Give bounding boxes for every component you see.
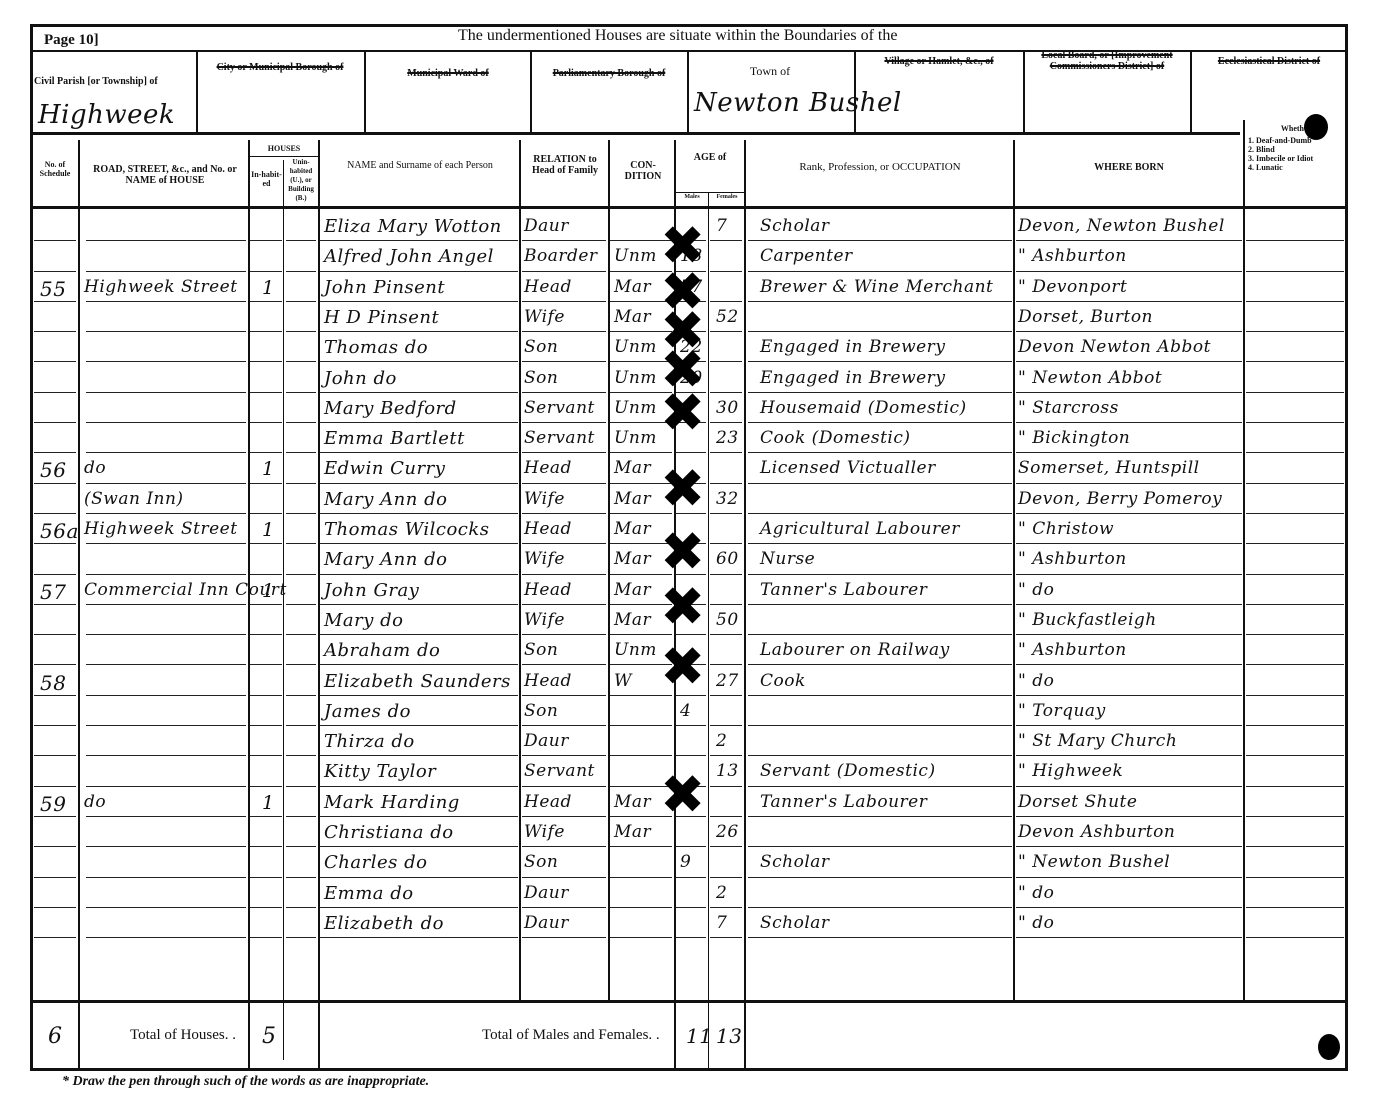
total-houses: 5 [262,1024,277,1049]
person-name: Eliza Mary Wotton [324,216,518,237]
row-rule [86,392,246,393]
row-rule [286,907,316,908]
occupation: Cook [760,671,1012,691]
female-age: 30 [716,398,744,418]
row-rule [522,695,606,696]
row-rule [320,271,518,272]
row-rule [522,574,606,575]
row-rule [522,422,606,423]
row-rule [34,392,76,393]
row-rule [34,543,76,544]
row-rule [1016,816,1242,817]
table-row: Elizabeth do Daur 7 Scholar " do [0,911,1399,941]
relation: Daur [524,731,608,751]
row-rule [710,786,742,787]
row-rule [1246,452,1344,453]
row-rule [320,361,518,362]
row-rule [710,725,742,726]
row-rule [86,604,246,605]
occupation: Brewer & Wine Merchant [760,277,1012,297]
row-rule [1246,483,1344,484]
row-rule [1246,695,1344,696]
row-rule [522,361,606,362]
row-rule [522,452,606,453]
row-rule [34,422,76,423]
relation: Head [524,792,608,812]
row-rule [86,513,246,514]
schedule-number: 59 [40,792,76,816]
row-rule [748,846,1012,847]
row-rule [610,937,672,938]
row-rule [86,755,246,756]
boundary-local-board-label: Local Board, or [Improvement Commissione… [1026,50,1188,72]
row-rule [748,271,1012,272]
page-number-value: 10] [79,32,99,48]
total-females: 13 [716,1024,742,1048]
row-rule [250,695,282,696]
occupation: Engaged in Brewery [760,337,1012,357]
boundary-municipal-ward-label: Municipal Ward of [368,68,528,79]
row-rule [710,271,742,272]
row-rule [320,574,518,575]
row-rule [748,786,1012,787]
row-rule [286,392,316,393]
female-age: 7 [716,216,744,236]
person-name: Thomas Wilcocks [324,519,518,540]
infirmity-deaf-dumb: 1. Deaf-and-Dumb [1248,136,1348,145]
row-rule [286,331,316,332]
row-rule [1246,392,1344,393]
row-rule [286,877,316,878]
divider [364,50,366,132]
row-rule [710,422,742,423]
schedule-number: 57 [40,580,76,604]
relation: Son [524,852,608,872]
divider [676,192,744,193]
occupation: Scholar [760,913,1012,933]
row-rule [1246,240,1344,241]
row-rule [1246,816,1344,817]
occupation: Tanner's Labourer [760,792,1012,812]
birthplace: " do [1018,671,1242,691]
row-rule [1246,877,1344,878]
inhabited-count: 1 [262,458,282,480]
row-rule [1246,846,1344,847]
divider [30,132,1240,135]
row-rule [286,513,316,514]
divider [1190,50,1192,132]
row-rule [286,695,316,696]
row-rule [610,907,672,908]
row-rule [522,725,606,726]
row-rule [1016,695,1242,696]
row-rule [286,240,316,241]
divider [30,1000,1348,1003]
birthplace: " Highweek [1018,761,1242,781]
inhabited-count: 1 [262,792,282,814]
row-rule [34,664,76,665]
row-rule [710,331,742,332]
row-rule [522,937,606,938]
row-rule [748,725,1012,726]
row-rule [1016,877,1242,878]
tally-x-mark: ✖ [660,580,705,634]
row-rule [250,877,282,878]
row-rule [676,452,706,453]
row-rule [748,574,1012,575]
row-rule [286,604,316,605]
boundary-town-label: Town of [690,66,850,77]
row-rule [522,604,606,605]
col-header-females: Females [710,194,744,200]
divider [1023,50,1025,132]
row-rule [522,846,606,847]
boundary-town-value: Newton Bushel [694,88,902,118]
birthplace: Devon, Newton Bushel [1018,216,1242,236]
boundary-civil-parish-value: Highweek [38,100,175,130]
row-rule [1016,755,1242,756]
occupation: Servant (Domestic) [760,761,1012,781]
birthplace: Devon, Berry Pomeroy [1018,489,1242,509]
person-name: John do [324,368,518,389]
row-rule [86,695,246,696]
row-rule [286,271,316,272]
female-age: 27 [716,671,744,691]
row-rule [1016,452,1242,453]
row-rule [1016,422,1242,423]
row-rule [1016,604,1242,605]
ink-blot [1304,114,1328,140]
relation: Wife [524,307,608,327]
birthplace: " Starcross [1018,398,1242,418]
inhabited-count: 1 [262,277,282,299]
row-rule [1016,634,1242,635]
row-rule [522,664,606,665]
row-rule [1016,392,1242,393]
row-rule [748,240,1012,241]
row-rule [1246,301,1344,302]
row-rule [86,574,246,575]
row-rule [1016,907,1242,908]
row-rule [1246,786,1344,787]
road-name: Highweek Street [84,519,246,539]
row-rule [610,877,672,878]
row-rule [522,816,606,817]
row-rule [1246,271,1344,272]
row-rule [710,301,742,302]
row-rule [748,392,1012,393]
row-rule [522,271,606,272]
row-rule [676,755,706,756]
total-schedules: 6 [48,1024,63,1049]
page-label: Page [44,32,75,48]
row-rule [748,816,1012,817]
row-rule [522,301,606,302]
occupation: Licensed Victualler [760,458,1012,478]
divider [196,50,198,132]
person-name: Edwin Curry [324,458,518,479]
row-rule [1246,543,1344,544]
boundary-village-label: Village or Hamlet, &c., of [858,56,1020,67]
birthplace: " Torquay [1018,701,1242,721]
row-rule [250,634,282,635]
relation: Head [524,671,608,691]
birthplace: Somerset, Huntspill [1018,458,1242,478]
row-rule [86,301,246,302]
birthplace: Devon Ashburton [1018,822,1242,842]
row-rule [86,240,246,241]
row-rule [522,240,606,241]
divider [30,206,1348,209]
page-title: The undermentioned Houses are situate wi… [458,27,897,45]
row-rule [320,937,518,938]
road-name: Highweek Street [84,277,246,297]
occupation: Scholar [760,852,1012,872]
col-header-occupation: Rank, Profession, or OCCUPATION [748,162,1012,173]
relation: Daur [524,216,608,236]
birthplace: " Ashburton [1018,549,1242,569]
boundary-parliamentary-borough-label: Parliamentary Borough of [534,68,684,79]
boundary-civil-parish-label: Civil Parish [or Township] of [34,76,194,87]
row-rule [748,634,1012,635]
row-rule [1016,664,1242,665]
col-header-whether: Whether [1246,124,1346,133]
row-rule [86,907,246,908]
row-rule [286,452,316,453]
row-rule [286,786,316,787]
tally-x-mark: ✖ [660,525,705,579]
relation: Wife [524,822,608,842]
person-name: Elizabeth Saunders [324,671,518,692]
person-name: Mark Harding [324,792,518,813]
row-rule [710,392,742,393]
infirmity-blind: 2. Blind [1248,145,1348,154]
row-rule [522,331,606,332]
row-rule [1246,604,1344,605]
relation: Wife [524,549,608,569]
road-name: do [84,458,246,478]
boundary-municipal-borough-label: City or Municipal Borough of [200,62,360,73]
row-rule [320,301,518,302]
row-rule [748,543,1012,544]
row-rule [250,907,282,908]
row-rule [86,543,246,544]
row-rule [1016,331,1242,332]
row-rule [250,483,282,484]
row-rule [1016,786,1242,787]
person-name: Thirza do [324,731,518,752]
female-age: 2 [716,883,744,903]
birthplace: " Buckfastleigh [1018,610,1242,630]
row-rule [286,846,316,847]
row-rule [34,816,76,817]
road-name: do [84,792,246,812]
col-header-males: Males [676,194,708,200]
col-header-relation: RELATION to Head of Family [522,154,608,176]
row-rule [320,846,518,847]
total-males: 11 [686,1024,712,1048]
row-rule [522,513,606,514]
occupation: Nurse [760,549,1012,569]
footnote: * Draw the pen through such of the words… [62,1074,429,1090]
row-rule [250,816,282,817]
row-rule [320,877,518,878]
row-rule [86,786,246,787]
relation: Wife [524,489,608,509]
row-rule [250,422,282,423]
row-rule [34,271,76,272]
row-rule [86,816,246,817]
schedule-number: 58 [40,671,76,695]
infirmities-list: 1. Deaf-and-Dumb 2. Blind 3. Imbecile or… [1248,136,1348,172]
occupation: Agricultural Labourer [760,519,1012,539]
row-rule [286,574,316,575]
female-age: 50 [716,610,744,630]
row-rule [320,392,518,393]
row-rule [320,483,518,484]
row-rule [748,907,1012,908]
row-rule [250,392,282,393]
row-rule [748,422,1012,423]
row-rule [748,452,1012,453]
row-rule [1016,574,1242,575]
female-age: 2 [716,731,744,751]
row-rule [710,483,742,484]
row-rule [1246,755,1344,756]
row-rule [1016,543,1242,544]
row-rule [34,452,76,453]
row-rule [286,422,316,423]
divider [687,50,689,132]
row-rule [286,664,316,665]
table-row: Charles do Son 9 Scholar " Newton Bushel [0,850,1399,880]
row-rule [34,725,76,726]
col-header-where-born: WHERE BORN [1016,162,1242,173]
row-rule [676,846,706,847]
row-rule [748,513,1012,514]
relation: Son [524,368,608,388]
row-rule [250,513,282,514]
row-rule [710,816,742,817]
road-name: Commercial Inn Court [84,580,246,600]
row-rule [1246,937,1344,938]
row-rule [86,937,246,938]
person-name: H D Pinsent [324,307,518,328]
tally-x-mark: ✖ [660,386,705,440]
row-rule [1016,513,1242,514]
row-rule [610,452,672,453]
row-rule [86,634,246,635]
relation: Daur [524,883,608,903]
schedule-number: 56 [40,458,76,482]
occupation: Tanner's Labourer [760,580,1012,600]
birthplace: Devon Newton Abbot [1018,337,1242,357]
birthplace: " Devonport [1018,277,1242,297]
row-rule [710,846,742,847]
row-rule [34,240,76,241]
relation: Son [524,701,608,721]
row-rule [748,361,1012,362]
female-age: 13 [716,761,744,781]
row-rule [1016,937,1242,938]
row-rule [1246,331,1344,332]
total-persons-label: Total of Males and Females. . [482,1027,660,1044]
person-name: Kitty Taylor [324,761,518,782]
row-rule [250,786,282,787]
row-rule [320,725,518,726]
col-header-schedule: No. of Schedule [32,160,78,178]
row-rule [86,331,246,332]
row-rule [1246,725,1344,726]
row-rule [610,725,672,726]
row-rule [522,634,606,635]
birthplace: " Christow [1018,519,1242,539]
row-rule [34,604,76,605]
col-header-age: AGE of [676,152,744,163]
row-rule [86,877,246,878]
row-rule [710,513,742,514]
row-rule [250,725,282,726]
col-header-houses: HOUSES [250,144,318,153]
row-rule [710,907,742,908]
row-rule [710,877,742,878]
female-age: 23 [716,428,744,448]
row-rule [286,301,316,302]
male-age: 4 [680,701,708,721]
row-rule [748,331,1012,332]
schedule-number: 55 [40,277,76,301]
relation: Son [524,337,608,357]
row-rule [676,877,706,878]
col-header-name: NAME and Surname of each Person [322,160,518,171]
row-rule [1246,634,1344,635]
row-rule [1246,361,1344,362]
row-rule [34,846,76,847]
relation: Wife [524,610,608,630]
row-rule [676,725,706,726]
col-header-condition: CON-DITION [612,160,674,182]
col-header-inhabited: In-habit-ed [250,170,283,188]
row-rule [86,725,246,726]
ink-blot [1318,1034,1340,1060]
row-rule [320,786,518,787]
row-rule [34,483,76,484]
occupation: Cook (Domestic) [760,428,1012,448]
row-rule [1016,846,1242,847]
row-rule [320,452,518,453]
row-rule [748,695,1012,696]
female-age: 60 [716,549,744,569]
row-rule [286,816,316,817]
divider [250,156,318,157]
table-row: Emma do Daur 2 " do [0,881,1399,911]
table-row: Thirza do Daur 2 " St Mary Church [0,729,1399,759]
row-rule [250,937,282,938]
row-rule [748,604,1012,605]
row-rule [710,604,742,605]
schedule-number: 56a [40,519,76,543]
infirmity-imbecile: 3. Imbecile or Idiot [1248,154,1348,163]
row-rule [1246,574,1344,575]
row-rule [34,301,76,302]
row-rule [34,331,76,332]
page-number: Page 10] [44,32,99,49]
row-rule [86,452,246,453]
occupation: Carpenter [760,246,1012,266]
row-rule [34,574,76,575]
occupation: Labourer on Railway [760,640,1012,660]
person-name: Mary Bedford [324,398,518,419]
